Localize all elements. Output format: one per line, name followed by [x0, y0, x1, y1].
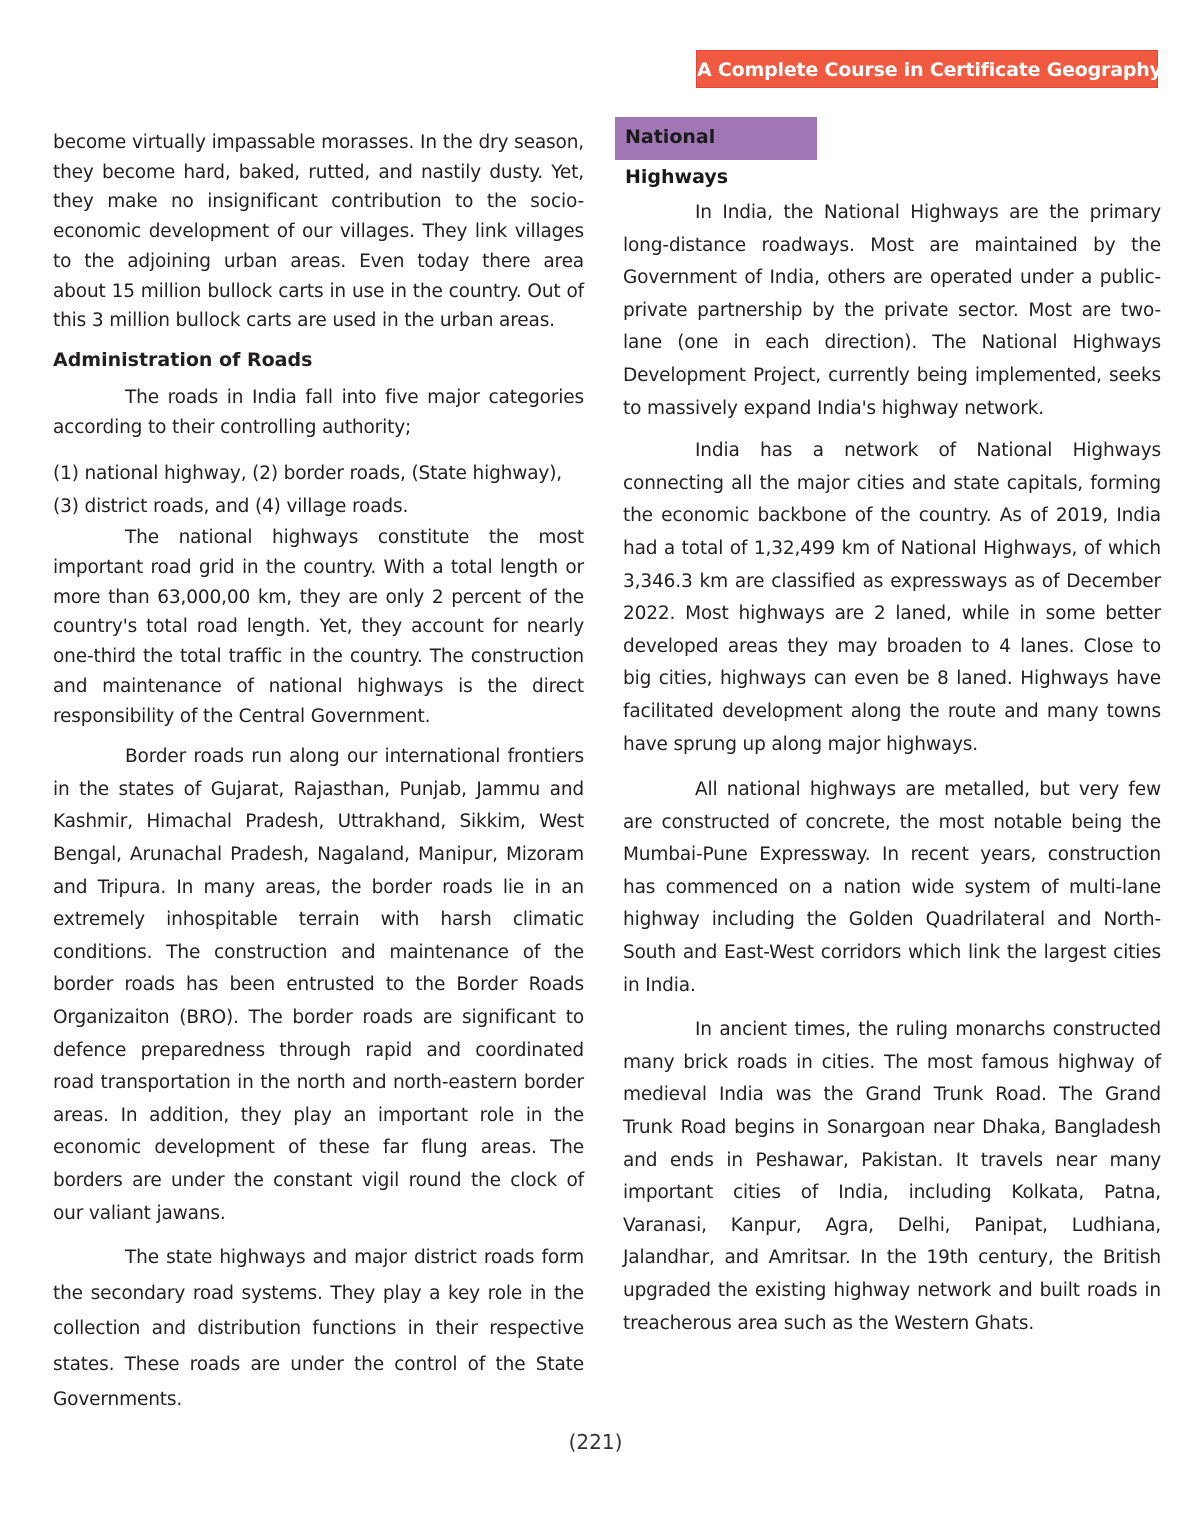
- categories-list-line-2: (3) district roads, and (4) village road…: [53, 491, 584, 523]
- left-column: become virtually impassable morasses. In…: [53, 128, 584, 1418]
- border-roads-paragraph: Border roads run along our international…: [53, 741, 584, 1230]
- national-highways-paragraph: The national highways constitute the mos…: [53, 523, 584, 731]
- page-number: (221): [0, 1430, 1191, 1454]
- nh-paragraph-3: All national highways are metalled, but …: [623, 774, 1161, 1002]
- categories-list-line-1: (1) national highway, (2) border roads, …: [53, 457, 584, 491]
- section-heading-national-highways: National Highways: [615, 117, 817, 160]
- state-highways-paragraph: The state highways and major district ro…: [53, 1240, 584, 1418]
- right-column: National Highways In India, the National…: [623, 117, 1161, 1340]
- book-title-banner: A Complete Course in Certificate Geograp…: [696, 50, 1158, 88]
- nh-paragraph-2: India has a network of National Highways…: [623, 435, 1161, 761]
- nh-paragraph-1: In India, the National Highways are the …: [623, 197, 1161, 425]
- categories-intro-paragraph: The roads in India fall into five major …: [53, 383, 584, 442]
- nh-paragraph-4: In ancient times, the ruling monarchs co…: [623, 1014, 1161, 1340]
- section-heading-administration-of-roads: Administration of Roads: [53, 349, 584, 371]
- intro-paragraph: become virtually impassable morasses. In…: [53, 128, 584, 336]
